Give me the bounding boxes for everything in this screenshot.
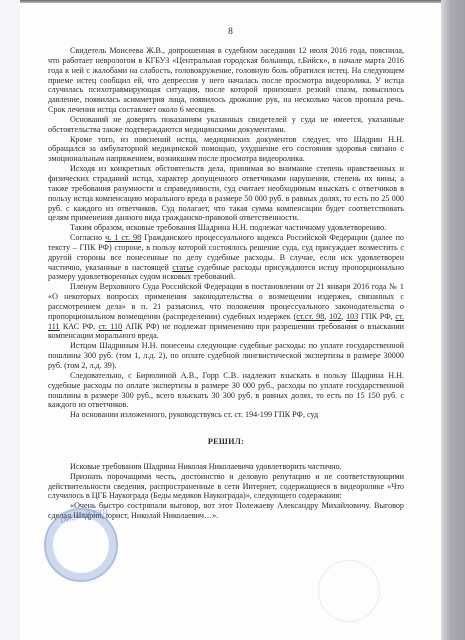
paragraph-no-grounds: Оснований не доверять показаниям указанн… [48,115,404,135]
link-apk-110[interactable]: ст. 110 [98,322,122,331]
link-ch1-st98[interactable]: ч. 1 ст. 98 [105,233,141,242]
paragraph-basis: На основании изложенного, руководствуясь… [48,410,404,420]
link-103[interactable]: 103 [346,312,358,321]
document-body: Свидетель Моисеева Ж.В., допрошенная в с… [48,46,404,521]
decision-heading: РЕШИЛ: [48,437,404,447]
scan-binding-shadow [441,0,465,640]
document-page: 8 Свидетель Моисеева Ж.В., допрошенная в… [20,3,441,640]
paragraph-medical: Кроме того, из пояснений истца, медицинс… [48,135,404,165]
paragraph-witness: Свидетель Моисеева Ж.В., допрошенная в с… [48,46,404,115]
paragraph-expenses: Истцом Шадриным Н.Н. понесены следующие … [48,341,404,371]
paragraph-recovery: Следовательно, с Бирюлиной А.В., Горр С.… [48,371,404,410]
page-number: 8 [20,27,441,37]
paragraph-plenum: Пленум Верховного Суда Российской Федера… [48,282,404,341]
link-st98[interactable]: ст.ст. 98 [296,312,324,321]
text-fragment: ГПК РФ, [358,312,395,321]
text-fragment: Согласно [70,233,105,242]
paragraph-partial: Таким образом, исковые требования Шадрин… [48,223,404,233]
paragraph-gpk-98: Согласно ч. 1 ст. 98 Гражданского процес… [48,233,404,282]
link-102[interactable]: 102 [329,312,341,321]
link-statie[interactable]: статье [172,263,194,272]
text-fragment: КАС РФ, [60,322,99,331]
paragraph-compensation: Исходя из конкретных обстоятельств дела,… [48,164,404,223]
decision-item-recognize: Признать порочащими честь, достоинство и… [48,472,404,502]
decision-item-satisfy: Исковые требования Шадрина Николая Никол… [48,462,404,472]
